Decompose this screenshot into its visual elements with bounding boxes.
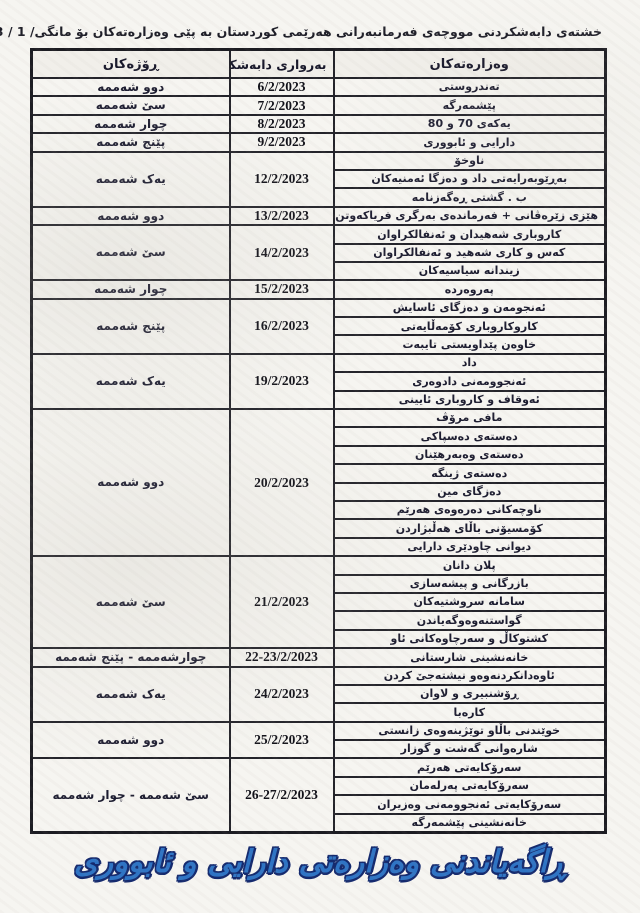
column-header-days: ڕۆژەکان [32, 50, 230, 79]
ministry-cell: تەندروستی [334, 78, 606, 96]
table-row: خانەنشینی شارستانی22-23/2/2023چوارشەممە … [32, 648, 606, 666]
ministry-cell: سامانە سروشتیەکان [334, 593, 606, 611]
table-row: دارایی و ئابووری9/2/2023پێنج شەممە [32, 133, 606, 151]
day-name-cell: چوار شەممە [32, 280, 230, 298]
day-name-cell: دوو شەممە [32, 722, 230, 759]
table-row: سەرۆکایەتی هەرێم26-27/2/2023سێ شەممە - چ… [32, 758, 606, 776]
table-row: پێشمەرگە7/2/2023سێ شەممە [32, 96, 606, 114]
day-name-cell: یەک شەممە [32, 152, 230, 207]
ministry-cell: خانەنشینی پێشمەرگە [334, 814, 606, 833]
day-name-cell: چوار شەممە [32, 115, 230, 133]
ministry-cell: خوێندنی باڵاو توێژینەوەی زانستی [334, 722, 606, 740]
ministry-cell: سەرۆکایەتی هەرێم [334, 758, 606, 776]
table-row: کاروباری شەهیدان و ئەنفالکراوان14/2/2023… [32, 225, 606, 243]
document-title: خشتەی دابەشکردنی مووچەی فەرمانبەرانی هەر… [58, 24, 602, 39]
ministry-announcement-banner: ڕاگەیاندنی وەزارەتی دارایی و ئابووری [0, 844, 640, 880]
ministry-cell: یەکەی 70 و 80 [334, 115, 606, 133]
table-row: ئاوەدانکردنەوەو نیشتەجێ کردن24/2/2023یەک… [32, 667, 606, 685]
distribution-date-cell: 24/2/2023 [230, 667, 334, 722]
ministry-cell: ناوچەکانی دەرەوەی هەرێم [334, 501, 606, 519]
distribution-date-cell: 14/2/2023 [230, 225, 334, 280]
ministry-cell: دارایی و ئابووری [334, 133, 606, 151]
ministry-cell: کارەبا [334, 703, 606, 721]
table-row: خوێندنی باڵاو توێژینەوەی زانستی25/2/2023… [32, 722, 606, 740]
distribution-date-cell: 9/2/2023 [230, 133, 334, 151]
ministry-cell: دیوانی چاودێری دارایی [334, 538, 606, 556]
table-row: تەندروستی6/2/2023دوو شەممە [32, 78, 606, 96]
distribution-date-cell: 8/2/2023 [230, 115, 334, 133]
table-row: پلان دانان21/2/2023سێ شەممە [32, 556, 606, 574]
ministry-cell: پلان دانان [334, 556, 606, 574]
ministry-cell: ڕۆشنبیری و لاوان [334, 685, 606, 703]
day-name-cell: چوارشەممە - پێنج شەممە [32, 648, 230, 666]
day-name-cell: پێنج شەممە [32, 133, 230, 151]
table-row: هێزی زێرەڤانی + فەرماندەی بەرگری فریاکەو… [32, 207, 606, 225]
ministry-cell: بازرگانی و پیشەسازی [334, 575, 606, 593]
distribution-date-cell: 25/2/2023 [230, 722, 334, 759]
table-row: پەروەردە15/2/2023چوار شەممە [32, 280, 606, 298]
distribution-date-cell: 16/2/2023 [230, 299, 334, 354]
day-name-cell: دوو شەممە [32, 78, 230, 96]
day-name-cell: دوو شەممە [32, 409, 230, 556]
table-row: داد19/2/2023یەک شەممە [32, 354, 606, 372]
ministry-cell: دەستەی ژینگە [334, 464, 606, 482]
ministry-cell: پەروەردە [334, 280, 606, 298]
distribution-date-cell: 20/2/2023 [230, 409, 334, 556]
distribution-date-cell: 13/2/2023 [230, 207, 334, 225]
ministry-cell: داد [334, 354, 606, 372]
day-name-cell: یەک شەممە [32, 667, 230, 722]
distribution-date-cell: 7/2/2023 [230, 96, 334, 114]
ministry-cell: ئەنجوومەنی دادوەری [334, 372, 606, 390]
ministry-cell: کۆمسیۆنی باڵای هەڵبژاردن [334, 519, 606, 537]
ministry-cell: مافی مرۆڤ [334, 409, 606, 427]
ministry-cell: بەڕێوبەرایەتی داد و دەزگا ئەمنیەکان [334, 170, 606, 188]
distribution-date-cell: 15/2/2023 [230, 280, 334, 298]
ministry-cell: شارەوانی گەشت و گوزار [334, 740, 606, 758]
day-name-cell: سێ شەممە [32, 556, 230, 648]
column-header-date: بەرواری دابەشکردن [230, 50, 334, 79]
ministry-cell: کاروباری شەهیدان و ئەنفالکراوان [334, 225, 606, 243]
distribution-date-cell: 12/2/2023 [230, 152, 334, 207]
ministry-cell: گواستنەوەوگەیاندن [334, 611, 606, 629]
table-row: ئەنجومەن و دەزگای ئاسایش16/2/2023پێنج شە… [32, 299, 606, 317]
ministry-cell: ناوخۆ [334, 152, 606, 170]
scanned-document-page: { "page": { "title": "خشتەی دابەشکردنی م… [0, 0, 640, 913]
ministry-cell: کەس و کاری شەهید و ئەنفالکراوان [334, 244, 606, 262]
table-row: مافی مرۆڤ20/2/2023دوو شەممە [32, 409, 606, 427]
day-name-cell: یەک شەممە [32, 354, 230, 409]
ministry-cell: کشتوکاڵ و سەرچاوەکانی ئاو [334, 630, 606, 648]
ministry-cell: دەزگای مین [334, 483, 606, 501]
ministry-cell: خانەنشینی شارستانی [334, 648, 606, 666]
ministry-cell: پێشمەرگە [334, 96, 606, 114]
salary-distribution-table: وەزارەتەکان بەرواری دابەشکردن ڕۆژەکان تە… [30, 48, 607, 834]
day-name-cell: دوو شەممە [32, 207, 230, 225]
day-name-cell: سێ شەممە [32, 225, 230, 280]
ministry-cell: خاوەن پێداویستی تایبەت [334, 335, 606, 353]
ministry-cell: ئەنجومەن و دەزگای ئاسایش [334, 299, 606, 317]
ministry-cell: دەستەی دەسپاکی [334, 427, 606, 445]
distribution-date-cell: 6/2/2023 [230, 78, 334, 96]
table-row: ناوخۆ12/2/2023یەک شەممە [32, 152, 606, 170]
day-name-cell: سێ شەممە [32, 96, 230, 114]
ministry-cell: زیندانە سیاسیەکان [334, 262, 606, 280]
ministry-cell: سەرۆکایەتی ئەنجوومەنی وەزیران [334, 795, 606, 813]
column-header-ministries: وەزارەتەکان [334, 50, 606, 79]
ministry-cell: دەستەی وەبەرهێنان [334, 446, 606, 464]
ministry-cell: ب . گشتی ڕەگەزنامە [334, 188, 606, 206]
distribution-date-cell: 22-23/2/2023 [230, 648, 334, 666]
ministry-cell: ئەوقاف و کاروباری ئایینی [334, 391, 606, 409]
schedule-table-body: تەندروستی6/2/2023دوو شەممەپێشمەرگە7/2/20… [32, 78, 606, 833]
ministry-cell: کاروکاروباری کۆمەڵایەتی [334, 317, 606, 335]
distribution-date-cell: 26-27/2/2023 [230, 758, 334, 832]
day-name-cell: پێنج شەممە [32, 299, 230, 354]
day-name-cell: سێ شەممە - چوار شەممە [32, 758, 230, 832]
table-header-row: وەزارەتەکان بەرواری دابەشکردن ڕۆژەکان [32, 50, 606, 79]
table-row: یەکەی 70 و 808/2/2023چوار شەممە [32, 115, 606, 133]
distribution-date-cell: 19/2/2023 [230, 354, 334, 409]
distribution-date-cell: 21/2/2023 [230, 556, 334, 648]
ministry-cell: هێزی زێرەڤانی + فەرماندەی بەرگری فریاکەو… [334, 207, 606, 225]
ministry-cell: ئاوەدانکردنەوەو نیشتەجێ کردن [334, 667, 606, 685]
ministry-cell: سەرۆکایەتی پەرلەمان [334, 777, 606, 795]
